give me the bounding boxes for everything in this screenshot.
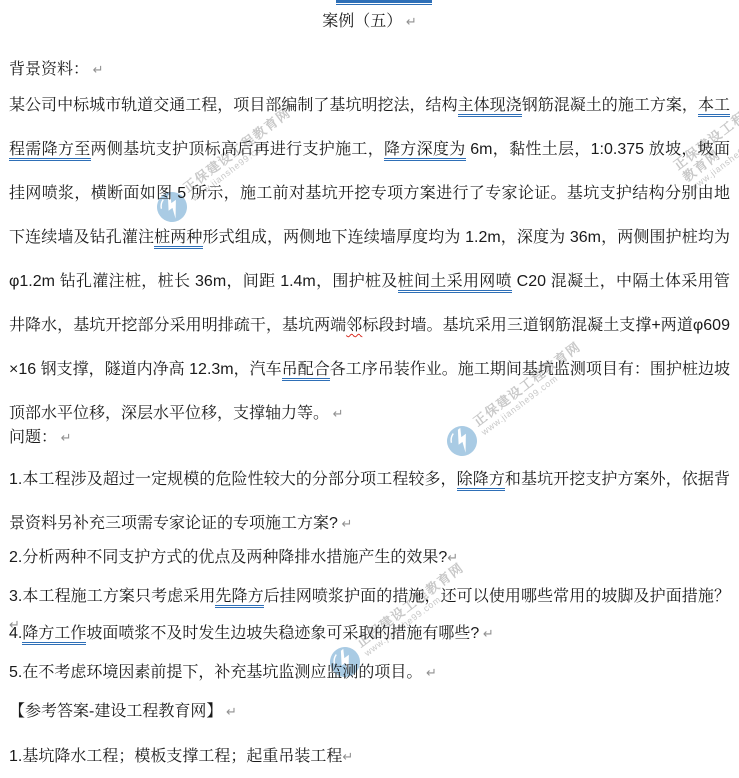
paragraph-mark-icon: ↵ bbox=[338, 516, 353, 531]
text-segment: 某公司中标城市轨道交通工程，项目部编制了基坑明挖法，结构 bbox=[9, 97, 458, 114]
spellcheck-flagged-text: 邻 bbox=[346, 317, 362, 334]
paragraph-mark-icon: ↵ bbox=[329, 406, 344, 421]
paragraph-mark-icon: ↵ bbox=[342, 749, 353, 764]
grammar-underlined-text: 吊配合 bbox=[282, 361, 330, 381]
word-document-page[interactable]: 正保建设工程教育网 www.jianshe99.com 正保建设工程教育网 ww… bbox=[0, 0, 739, 778]
text-segment: 3.本工程施工方案只考虑采用 bbox=[9, 588, 215, 605]
answer-header: 【参考答案-建设工程教育网】 ↵ bbox=[9, 698, 730, 726]
previous-line-underline-fragment bbox=[336, 0, 432, 5]
text-segment: 2.分析两种不同支护方式的优点及两种降排水措施产生的效果? bbox=[9, 549, 447, 566]
paragraph-mark-icon: ↵ bbox=[447, 550, 458, 565]
text-segment: 钢筋混凝土的施工方案， bbox=[522, 97, 698, 114]
text-segment: 4. bbox=[9, 625, 22, 642]
text-segment: 背景资料： bbox=[9, 61, 89, 78]
grammar-underlined-text: 降方深度为 bbox=[384, 141, 466, 161]
grammar-underlined-text: 桩两种 bbox=[154, 229, 202, 249]
question-1: 1.本工程涉及超过一定规模的危险性较大的分部分项工程较多，除降方和基坑开挖支护方… bbox=[9, 458, 730, 546]
text-segment: 坡面喷浆不及时发生边坡失稳迹象可采取的措施有哪些? bbox=[86, 625, 479, 642]
text-segment: 1.本工程涉及超过一定规模的危险性较大的分部分项工程较多， bbox=[9, 471, 457, 488]
question-5: 5.在不考虑环境因素前提下，补充基坑监测应监测的项目。 ↵ bbox=[9, 659, 730, 687]
paragraph-mark-icon: ↵ bbox=[479, 626, 494, 641]
case-title: 案例（五） ↵ bbox=[9, 8, 730, 36]
paragraph-mark-icon: ↵ bbox=[222, 704, 237, 719]
grammar-underlined-text: 桩间土采用网喷 bbox=[398, 273, 512, 293]
text-segment: 5.在不考虑环境因素前提下，补充基坑监测应监测的项目。 bbox=[9, 664, 422, 681]
background-label: 背景资料： ↵ bbox=[9, 56, 730, 84]
grammar-underlined-text: 除降方 bbox=[457, 471, 505, 491]
question-2: 2.分析两种不同支护方式的优点及两种降排水措施产生的效果?↵ bbox=[9, 544, 730, 572]
answer-1: 1.基坑降水工程；模板支撑工程；起重吊装工程↵ bbox=[9, 743, 730, 771]
text-segment: 【参考答案-建设工程教育网】 bbox=[9, 703, 222, 720]
text-segment: 后挂网喷浆护面的措施，还可以使用哪些常用的坡脚及护面措施？ bbox=[264, 588, 730, 605]
question-label: 问题： ↵ bbox=[9, 424, 730, 452]
paragraph-mark-icon: ↵ bbox=[57, 430, 72, 445]
background-paragraph: 某公司中标城市轨道交通工程，项目部编制了基坑明挖法，结构主体现浇钢筋混凝土的施工… bbox=[9, 84, 730, 436]
text-segment: 两侧基坑支护顶标高后再进行支护施工， bbox=[91, 141, 384, 158]
text-segment: 1.基坑降水工程；模板支撑工程；起重吊装工程 bbox=[9, 748, 342, 765]
grammar-underlined-text: 主体现浇 bbox=[458, 97, 522, 117]
paragraph-mark-icon: ↵ bbox=[402, 14, 417, 29]
text-segment: 问题： bbox=[9, 429, 57, 446]
question-4: 4.降方工作坡面喷浆不及时发生边坡失稳迹象可采取的措施有哪些? ↵ bbox=[9, 620, 730, 648]
grammar-underlined-text: 降方工作 bbox=[22, 625, 86, 645]
text-segment: 案例（五） bbox=[322, 13, 402, 30]
paragraph-mark-icon: ↵ bbox=[422, 665, 437, 680]
grammar-underlined-text: 先降方 bbox=[215, 588, 263, 608]
paragraph-mark-icon: ↵ bbox=[89, 62, 104, 77]
